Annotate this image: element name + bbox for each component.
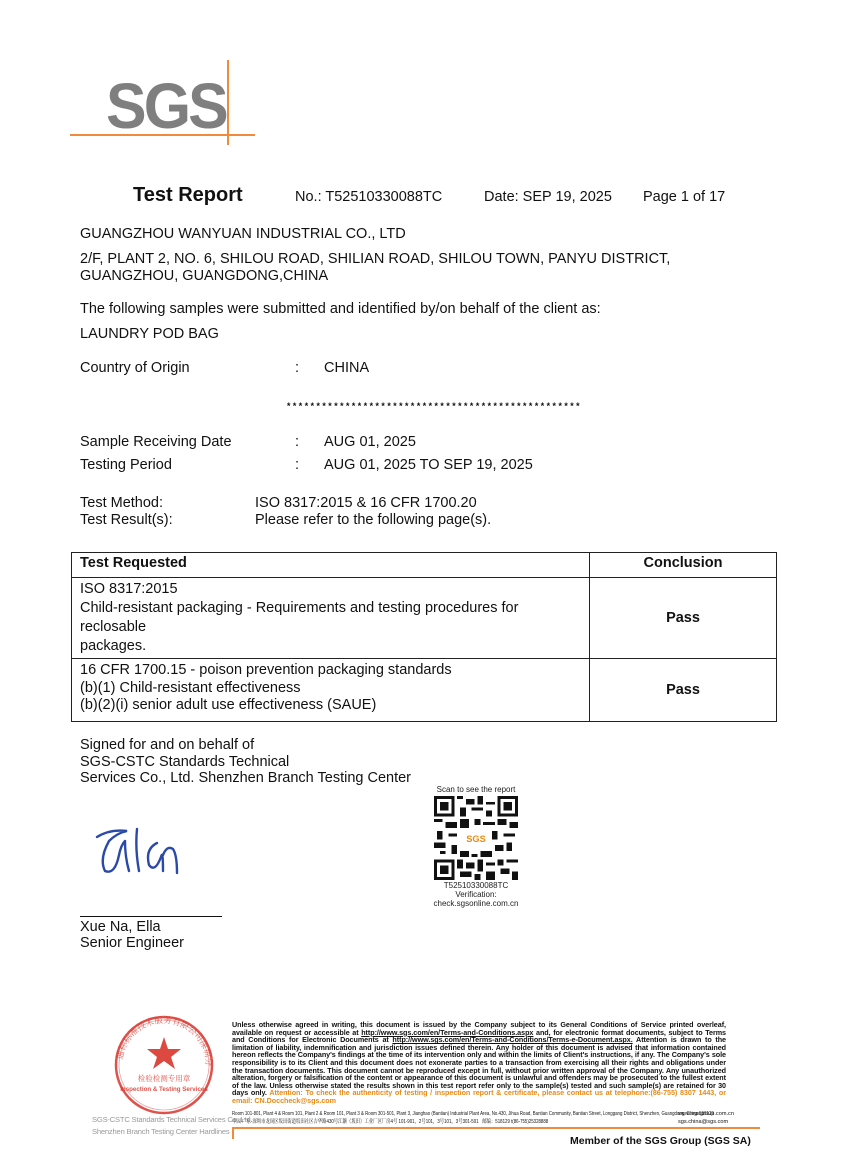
- handwritten-signature: [85, 815, 195, 885]
- svg-text:Inspection & Testing Services: Inspection & Testing Services: [120, 1086, 208, 1093]
- origin-colon: :: [295, 360, 299, 377]
- client-address-line2: GUANGZHOU, GUANGDONG,CHINA: [80, 268, 328, 285]
- test-subitem: (b)(1) Child-resistant effectiveness: [80, 680, 581, 697]
- separator-stars: ****************************************…: [286, 402, 581, 412]
- signed-for-line2: SGS-CSTC Standards Technical: [80, 754, 411, 771]
- signer-role: Senior Engineer: [80, 935, 184, 952]
- address-chinese-row: 中国·广东·深圳市龙岗区坂田街道坂田社区吉华路430号江灏（坂田）工业厂区厂房4…: [232, 1118, 714, 1126]
- qr-verification: Scan to see the report SGS T52510330088T…: [425, 785, 527, 908]
- test-standard: 16 CFR 1700.15 - poison prevention packa…: [80, 661, 581, 680]
- test-standard: ISO 8317:2015: [80, 580, 581, 599]
- sgs-group-member: Member of the SGS Group (SGS SA): [570, 1135, 751, 1147]
- table-row: 16 CFR 1700.15 - poison prevention packa…: [72, 659, 777, 722]
- signed-for-line3: Services Co., Ltd. Shenzhen Branch Testi…: [80, 770, 411, 787]
- report-number: No.: T52510330088TC: [295, 189, 442, 205]
- signature-block: Signed for and on behalf of SGS-CSTC Sta…: [80, 737, 411, 787]
- signer-name: Xue Na, Ella: [80, 919, 161, 936]
- test-method-value: ISO 8317:2015 & 16 CFR 1700.20: [255, 495, 477, 512]
- legal-disclaimer: Unless otherwise agreed in writing, this…: [232, 1021, 726, 1105]
- logo-vertical-rule: [227, 60, 229, 145]
- qr-verification-label: Verification:: [425, 890, 527, 899]
- signed-for-line1: Signed for and on behalf of: [80, 737, 411, 754]
- sgs-logo-text: SGS: [106, 74, 226, 138]
- qr-verification-url[interactable]: check.sgsonline.com.cn: [425, 899, 527, 908]
- signature-line: [80, 916, 222, 917]
- testing-period-label: Testing Period: [80, 457, 172, 474]
- test-results-table: Test Requested Conclusion ISO 8317:2015 …: [71, 552, 777, 722]
- test-description: Child-resistant packaging - Requirements…: [80, 599, 581, 637]
- authenticity-notice: Attention: To check the authenticity of …: [232, 1088, 726, 1105]
- client-address-line1: 2/F, PLANT 2, NO. 6, SHILOU ROAD, SHILIA…: [80, 251, 670, 268]
- test-description-cont: packages.: [80, 637, 581, 656]
- test-requested-cell: 16 CFR 1700.15 - poison prevention packa…: [72, 659, 590, 722]
- stamp-caption-line1: SGS-CSTC Standards Technical Services Co…: [92, 1115, 252, 1124]
- sgs-logo: SGS: [70, 60, 255, 145]
- table-row: ISO 8317:2015 Child-resistant packaging …: [72, 578, 777, 659]
- address-english: Room 101-801, Plant 4 & Room 101, Plant …: [232, 1110, 714, 1118]
- stamp-caption-line2: Shenzhen Branch Testing Center Hardlines: [92, 1127, 230, 1136]
- receiving-date-value: AUG 01, 2025: [324, 434, 416, 451]
- client-name: GUANGZHOU WANYUAN INDUSTRIAL CO., LTD: [80, 226, 406, 243]
- testing-period-colon: :: [295, 457, 299, 474]
- receiving-date-label: Sample Receiving Date: [80, 434, 232, 451]
- footer-divider-tick: [232, 1127, 234, 1139]
- qr-report-number: T52510330088TC: [425, 881, 527, 890]
- email-link[interactable]: sgs.china@sgs.com: [678, 1118, 734, 1126]
- test-method-label: Test Method:: [80, 495, 163, 512]
- footer-address: Room 101-801, Plant 4 & Room 101, Plant …: [232, 1110, 846, 1126]
- test-requested-cell: ISO 8317:2015 Child-resistant packaging …: [72, 578, 590, 659]
- table-header-row: Test Requested Conclusion: [72, 553, 777, 578]
- footer-contact: www.sgsgroup.com.cn sgs.china@sgs.com: [678, 1110, 734, 1126]
- page-indicator: Page 1 of 17: [643, 189, 725, 205]
- svg-text:通标标准技术服务有限公司深圳分公司: 通标标准技术服务有限公司深圳分公司: [92, 1015, 214, 1067]
- footer-divider: [232, 1127, 760, 1129]
- document-title: Test Report: [133, 184, 243, 207]
- svg-text:检验检测专用章: 检验检测专用章: [138, 1073, 191, 1083]
- conclusion-cell: Pass: [590, 659, 777, 722]
- report-date: Date: SEP 19, 2025: [484, 189, 612, 205]
- postcode: 邮编：518129: [482, 1119, 510, 1125]
- header-test-requested: Test Requested: [72, 553, 590, 578]
- sample-name: LAUNDRY POD BAG: [80, 326, 219, 343]
- testing-period-value: AUG 01, 2025 TO SEP 19, 2025: [324, 457, 533, 474]
- test-result-label: Test Result(s):: [80, 512, 173, 529]
- svg-text:SGS: SGS: [466, 834, 486, 844]
- receiving-date-colon: :: [295, 434, 299, 451]
- origin-value: CHINA: [324, 360, 369, 377]
- telephone: t(86-755)25328888: [511, 1119, 548, 1125]
- origin-label: Country of Origin: [80, 360, 190, 377]
- qr-caption: Scan to see the report: [425, 785, 527, 794]
- website-link[interactable]: www.sgsgroup.com.cn: [678, 1110, 734, 1118]
- conclusion-cell: Pass: [590, 578, 777, 659]
- sample-intro: The following samples were submitted and…: [80, 301, 601, 318]
- qr-code[interactable]: SGS: [434, 796, 518, 880]
- official-stamp: 检验检测专用章 Inspection & Testing Services 通标…: [92, 1015, 232, 1135]
- header-conclusion: Conclusion: [590, 553, 777, 578]
- test-subitem: (b)(2)(i) senior adult use effectiveness…: [80, 697, 581, 714]
- address-chinese: 中国·广东·深圳市龙岗区坂田街道坂田社区吉华路430号江灏（坂田）工业厂区厂房4…: [232, 1119, 479, 1125]
- test-result-value: Please refer to the following page(s).: [255, 512, 491, 529]
